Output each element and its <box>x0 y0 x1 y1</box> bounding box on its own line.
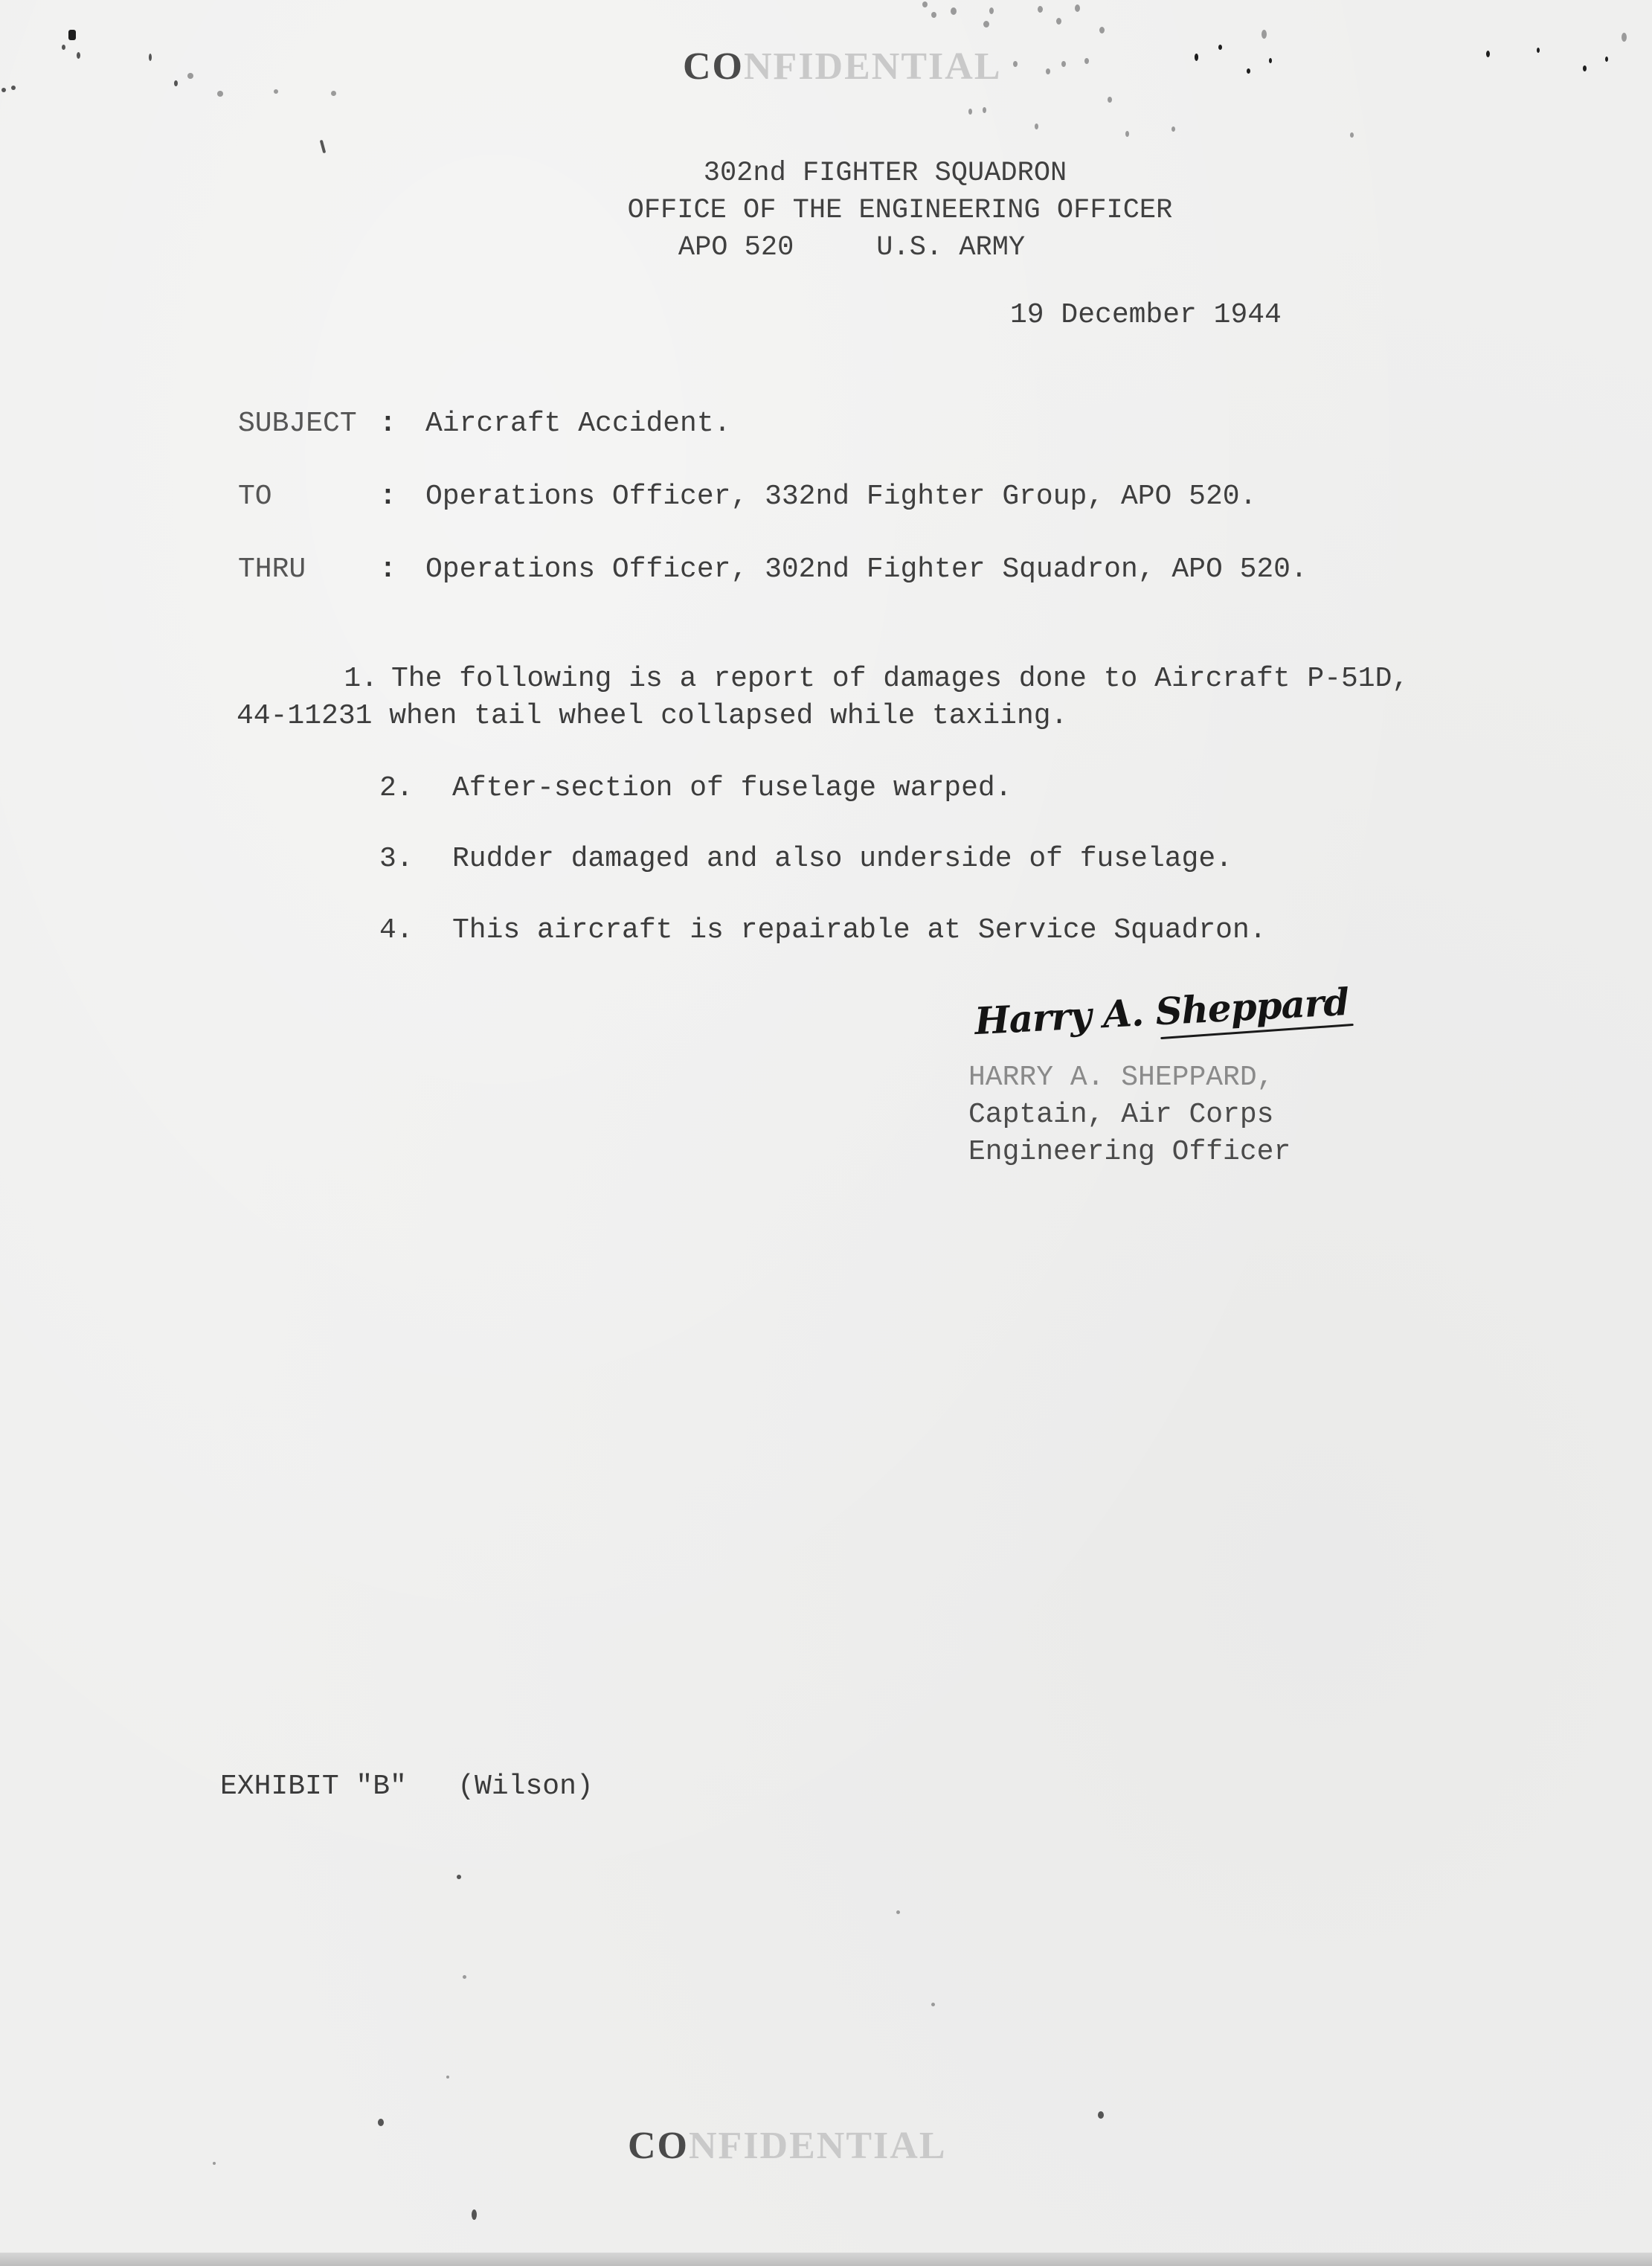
signature-block: HARRY A. SHEPPARD,Captain, Air CorpsEngi… <box>968 1059 1291 1171</box>
stamp-prefix: CO <box>683 45 744 88</box>
scan-speck <box>463 1975 466 1979</box>
memo-colon: : <box>379 553 425 585</box>
scan-speck <box>378 2119 384 2126</box>
scan-speck <box>951 7 957 15</box>
scan-speck <box>896 1910 900 1914</box>
scan-speck <box>320 140 327 153</box>
scan-speck <box>1195 54 1198 60</box>
scan-speck <box>149 54 152 61</box>
scan-speck <box>1013 61 1018 67</box>
scan-speck <box>922 1 928 7</box>
scan-speck <box>446 2076 449 2079</box>
signatory-name: HARRY A. SHEPPARD, <box>968 1059 1291 1097</box>
scan-speck <box>62 45 65 50</box>
memo-thru-value: Operations Officer, 302nd Fighter Squadr… <box>425 553 1308 585</box>
signatory-title: Engineering Officer <box>968 1134 1291 1171</box>
memo-to-label: TO <box>238 481 379 513</box>
memo-subject-row: SUBJECT:Aircraft Accident. <box>238 408 730 440</box>
signatory-rank: Captain, Air Corps <box>968 1097 1291 1134</box>
scan-speck <box>11 86 16 90</box>
memo-colon: : <box>379 481 425 513</box>
scan-speck <box>968 109 972 115</box>
scan-speck <box>187 73 193 79</box>
document-page: CONFIDENTIAL 302nd FIGHTER SQUADRON OFFI… <box>0 0 1652 2266</box>
scan-speck <box>983 107 986 113</box>
scan-speck <box>457 1875 461 1879</box>
paragraph-2-text: After-section of fuselage warped. <box>452 772 1012 804</box>
scan-speck <box>1622 33 1627 42</box>
scan-speck <box>931 2003 935 2006</box>
memo-subject-value: Aircraft Accident. <box>425 408 730 440</box>
classification-stamp-top: CONFIDENTIAL <box>683 45 1002 89</box>
scan-speck <box>1218 45 1222 50</box>
paragraph-2: 2.After-section of fuselage warped. <box>379 770 1012 807</box>
scan-speck <box>1099 27 1105 33</box>
scan-speck <box>331 91 336 96</box>
scan-speck <box>1046 68 1050 74</box>
paragraph-number: 4. <box>379 912 452 949</box>
memo-to-row: TO:Operations Officer, 332nd Fighter Gro… <box>238 481 1256 513</box>
scan-speck <box>1125 131 1129 137</box>
memo-colon: : <box>379 408 425 440</box>
stamp-rest: NFIDENTIAL <box>744 45 1002 88</box>
paragraph-4: 4.This aircraft is repairable at Service… <box>379 912 1267 949</box>
paragraph-3-text: Rudder damaged and also underside of fus… <box>452 843 1232 875</box>
scan-speck <box>77 52 80 59</box>
scan-speck <box>1350 132 1354 138</box>
letterhead-office: OFFICE OF THE ENGINEERING OFFICER <box>565 192 1235 229</box>
scan-speck <box>1084 58 1089 64</box>
scan-speck <box>1035 123 1038 129</box>
letterhead-address: APO 520 U.S. ARMY <box>565 229 1235 266</box>
memo-subject-label: SUBJECT <box>238 408 379 440</box>
paragraph-1: 1.The following is a report of damages d… <box>237 661 1409 735</box>
scan-speck <box>1247 68 1250 74</box>
scan-speck <box>1537 48 1540 53</box>
document-date: 19 December 1944 <box>1010 299 1282 331</box>
paragraph-number: 2. <box>379 770 452 807</box>
scan-speck <box>274 89 278 94</box>
scan-speck <box>983 21 989 28</box>
memo-thru-row: THRU:Operations Officer, 302nd Fighter S… <box>238 553 1308 585</box>
handwritten-signature: Harry A. Sheppard <box>974 980 1350 1043</box>
scan-speck <box>1038 6 1043 13</box>
letterhead-unit: 302nd FIGHTER SQUADRON <box>565 155 1235 192</box>
scan-speck <box>1075 4 1080 12</box>
scan-speck <box>1061 61 1066 67</box>
paragraph-number: 1. <box>237 661 391 698</box>
scan-bottom-edge <box>0 2253 1652 2266</box>
paragraph-1-line-2: 44-11231 when tail wheel collapsed while… <box>237 698 1409 735</box>
scan-speck <box>1056 18 1061 25</box>
stamp-rest: NFIDENTIAL <box>689 2125 947 2167</box>
memo-thru-label: THRU <box>238 553 379 585</box>
scan-speck <box>1 88 6 92</box>
scan-speck <box>1108 97 1112 103</box>
scan-speck <box>1269 58 1272 63</box>
exhibit-label: EXHIBIT "B" (Wilson) <box>220 1771 594 1803</box>
letterhead: 302nd FIGHTER SQUADRON OFFICE OF THE ENG… <box>565 155 1235 266</box>
scan-speck <box>213 2162 216 2165</box>
scan-speck <box>931 12 936 18</box>
scan-speck <box>1605 57 1608 62</box>
scan-speck <box>989 7 994 14</box>
paragraph-3: 3.Rudder damaged and also underside of f… <box>379 841 1232 878</box>
classification-stamp-bottom: CONFIDENTIAL <box>628 2124 947 2168</box>
paragraph-number: 3. <box>379 841 452 878</box>
paragraph-4-text: This aircraft is repairable at Service S… <box>452 914 1267 946</box>
scan-speck <box>68 30 76 40</box>
scan-speck <box>217 91 223 97</box>
memo-to-value: Operations Officer, 332nd Fighter Group,… <box>425 481 1256 513</box>
scan-speck <box>1098 2111 1104 2119</box>
scan-speck <box>1583 65 1587 71</box>
paragraph-1-line-1: The following is a report of damages don… <box>391 663 1409 695</box>
scan-speck <box>472 2209 477 2220</box>
scan-speck <box>174 80 178 86</box>
scan-speck <box>1171 126 1175 132</box>
stamp-prefix: CO <box>628 2125 689 2167</box>
scan-speck <box>1486 51 1490 57</box>
scan-speck <box>1262 30 1267 39</box>
